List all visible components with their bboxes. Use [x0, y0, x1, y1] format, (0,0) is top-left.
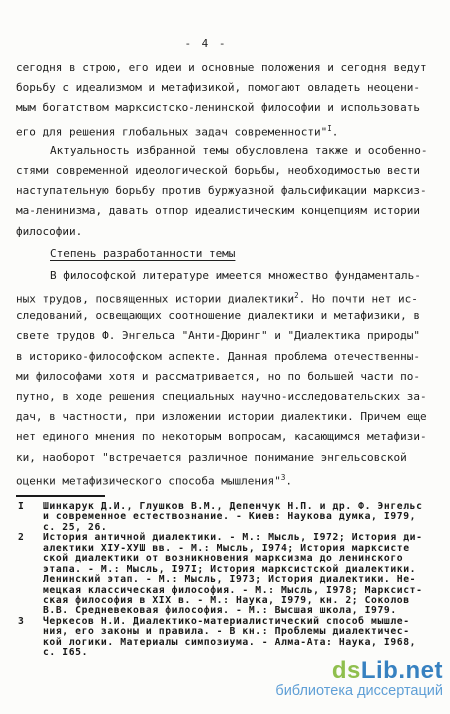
dslib-logo-rest: Lib.net [361, 657, 443, 684]
text-line: ма-ленинизма, давать отпор идеалистическ… [16, 201, 446, 221]
watermark: dsLib.net библиотека диссертаций [275, 658, 443, 699]
paragraph: В философской литературе имеется множест… [16, 266, 446, 488]
footnote-line: Ленинский этап. - М.: Мысль, I973; Истор… [43, 575, 446, 585]
dslib-logo-prefix: ds [332, 657, 361, 684]
text-line: оценки метафизического способа мышления"… [16, 468, 446, 488]
text-line: нет единого мнения по некоторым вопросам… [16, 427, 446, 447]
page-number: - 4 - [0, 37, 412, 50]
footnote-reference: 3 [281, 473, 286, 482]
text-line: ных трудов, посвященных истории диалекти… [16, 286, 446, 306]
text-line: борьбу с идеализмом и метафизикой, помог… [16, 78, 446, 98]
text-line: в историко-философском аспекте. Данная п… [16, 347, 446, 367]
text-line: В философской литературе имеется множест… [16, 266, 446, 286]
text-line: стями современной идеологической борьбы,… [16, 161, 446, 181]
text-line: мым богатством марксистско-ленинской фил… [16, 98, 446, 118]
text-line: философии. [16, 222, 446, 242]
text-line: дач, в частности, при изложении истории … [16, 407, 446, 427]
footnote: 2История античной диалектики. - М.: Мысл… [16, 533, 446, 617]
watermark-subtitle: библиотека диссертаций [275, 683, 443, 699]
footnote: IШинкарук Д.И., Глушков В.М., Депенчук Н… [16, 502, 446, 533]
text-line: его для решения глобальных задач совреме… [16, 119, 446, 139]
text-line: сегодня в строю, его идеи и основные пол… [16, 58, 446, 78]
footnote-marker: I [18, 502, 24, 512]
dslib-logo: dsLib.net [275, 658, 443, 683]
footnote-reference: I [327, 124, 332, 133]
footnote-separator-rule [16, 495, 105, 497]
footnote: 3Черкесов Н.И. Диалектико-материалистиче… [16, 617, 446, 659]
text-line: ми философами хотя и рассматривается, но… [16, 367, 446, 387]
text-line: путно, в ходе решения специальных научно… [16, 387, 446, 407]
footnote-marker: 3 [18, 617, 24, 627]
paragraph: Актуальность избранной темы обусловлена … [16, 141, 446, 242]
text-line: Актуальность избранной темы обусловлена … [16, 141, 446, 161]
document-body: сегодня в строю, его идеи и основные пол… [16, 58, 446, 488]
footnote-line: кой логики. Материалы симпозиума. - Алма… [43, 638, 446, 648]
text-line: следований, освещающих соотношение диале… [16, 306, 446, 326]
text-line: свете трудов Ф. Энгельса "Анти-Дюринг" и… [16, 326, 446, 346]
paragraph: сегодня в строю, его идеи и основные пол… [16, 58, 446, 139]
section-heading: Степень разработанности темы [16, 244, 446, 264]
scanned-document-page: - 4 - сегодня в строю, его идеи и основн… [0, 0, 450, 714]
text-line: Степень разработанности темы [16, 244, 446, 264]
footnote-reference: 2 [294, 291, 299, 300]
text-line: наступательную борьбу против буржуазной … [16, 181, 446, 201]
footnote-marker: 2 [18, 533, 24, 543]
footnotes-section: IШинкарук Д.И., Глушков В.М., Депенчук Н… [16, 502, 446, 659]
text-line: ки, наоборот "встречается различное пони… [16, 448, 446, 468]
